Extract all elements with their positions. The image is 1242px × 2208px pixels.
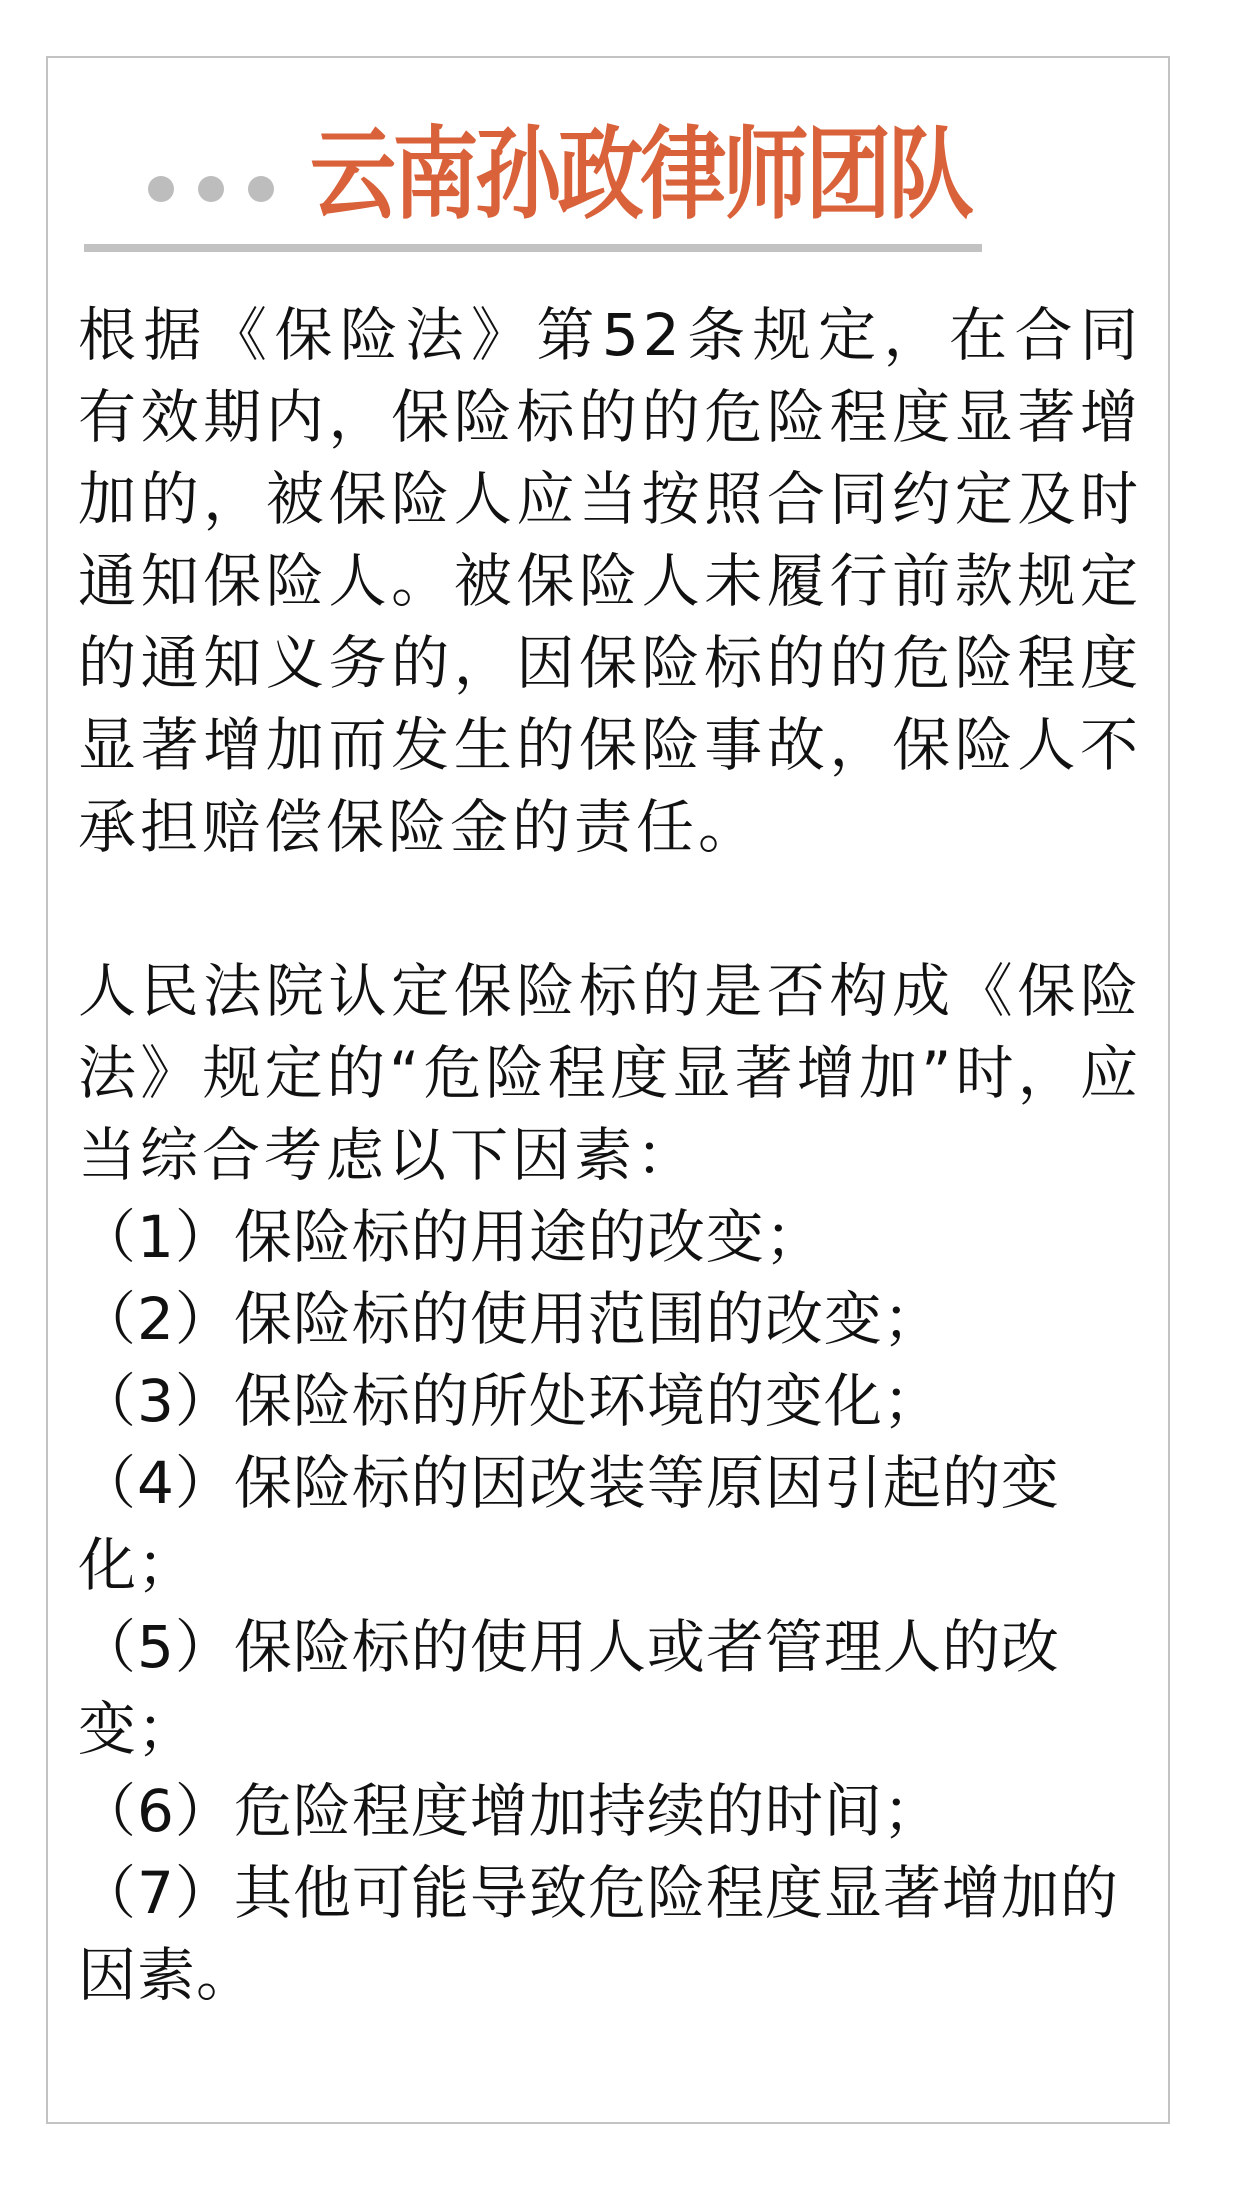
dot-icon: [198, 176, 224, 202]
factor-item: （4）保险标的因改装等原因引起的变化；: [78, 1442, 1142, 1606]
paragraph-court-factors-intro: 人民法院认定保险标的是否构成《保险法》规定的“危险程度显著增加”时，应当综合考虑…: [78, 950, 1142, 1196]
factors-list: （1）保险标的用途的改变； （2）保险标的使用范围的改变； （3）保险标的所处环…: [78, 1196, 1142, 2016]
factor-item: （2）保险标的使用范围的改变；: [78, 1278, 1142, 1360]
factor-item: （3）保险标的所处环境的变化；: [78, 1360, 1142, 1442]
factor-item: （6）危险程度增加持续的时间；: [78, 1770, 1142, 1852]
factor-item: （1）保险标的用途的改变；: [78, 1196, 1142, 1278]
dot-icon: [148, 176, 174, 202]
header-divider: [84, 244, 982, 252]
paragraph-spacer: [78, 868, 1142, 950]
dot-icon: [248, 176, 274, 202]
factor-item: （5）保险标的使用人或者管理人的改变；: [78, 1606, 1142, 1770]
article-body: 根据《保险法》第52条规定，在合同有效期内，保险标的的危险程度显著增加的，被保险…: [78, 294, 1142, 2016]
card-header: 云南孙政律师团队: [48, 58, 1168, 258]
brand-title: 云南孙政律师团队: [310, 116, 970, 236]
paragraph-insurance-law-article-52: 根据《保险法》第52条规定，在合同有效期内，保险标的的危险程度显著增加的，被保险…: [78, 294, 1142, 868]
ellipsis-dots-icon: [148, 176, 274, 202]
factor-item: （7）其他可能导致危险程度显著增加的因素。: [78, 1852, 1142, 2016]
article-card: 云南孙政律师团队 根据《保险法》第52条规定，在合同有效期内，保险标的的危险程度…: [46, 56, 1170, 2124]
